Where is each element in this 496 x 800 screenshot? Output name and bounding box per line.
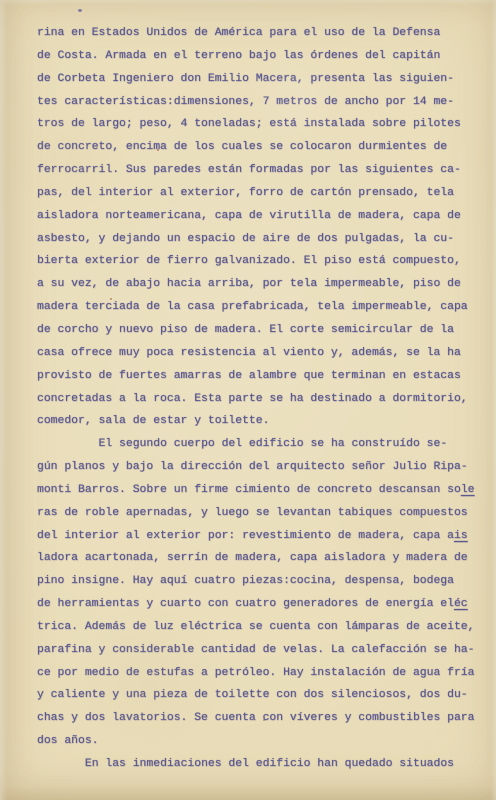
text-line: asbesto, y dejando un espacio de aire de… xyxy=(37,228,482,251)
text-line: de corcho y nuevo piso de madera. El cor… xyxy=(37,319,482,342)
text-line: dos años. xyxy=(37,730,482,753)
hyphenation-underline: éc xyxy=(454,598,468,610)
text-line: tros de largo; peso, 4 toneladas; está i… xyxy=(37,113,482,136)
text-line: En las inmediaciones del edificio han qu… xyxy=(37,753,482,776)
text-line: madera terciada de la casa prefabricada,… xyxy=(37,296,482,319)
photographed-page: rina en Estados Unidos de América para e… xyxy=(0,0,496,800)
text-line: ce por medio de estufas a petróleo. Hay … xyxy=(37,662,482,685)
hyphenation-underline: le xyxy=(461,484,475,496)
text-line: casa ofrece muy poca resistencia al vien… xyxy=(37,342,482,365)
text-line: aisladora norteamericana, capa de viruti… xyxy=(37,205,482,228)
text-line: chas y dos lavatorios. Se cuenta con vív… xyxy=(37,707,482,730)
text-line: trica. Además de luz eléctrica se cuenta… xyxy=(37,616,482,639)
text-line: del interior al exterior por: revestimie… xyxy=(37,525,482,548)
text-line: provisto de fuertes amarras de alambre q… xyxy=(37,365,482,388)
text-line: gún planos y bajo la dirección del arqui… xyxy=(37,456,482,479)
text-line: ras de roble apernadas, y luego se levan… xyxy=(37,502,482,525)
text-line: rina en Estados Unidos de América para e… xyxy=(37,22,482,45)
text-line: pas, del interior al exterior, forro de … xyxy=(37,182,482,205)
hyphenation-underline: is xyxy=(454,530,468,542)
text-line: y caliente y una pieza de toilette con d… xyxy=(37,684,482,707)
text-line: de concreto, encima de los cuales se col… xyxy=(37,136,482,159)
text-line: El segundo cuerpo del edificio se ha con… xyxy=(37,433,482,456)
text-line: de herramientas y cuarto con cuatro gene… xyxy=(37,593,482,616)
ink-speck xyxy=(78,9,82,12)
text-line: parafina y considerable cantidad de vela… xyxy=(37,639,482,662)
text-line: a su vez, de abajo hacia arriba, por tel… xyxy=(37,273,482,296)
text-line: tes características:dimensiones, 7 metro… xyxy=(37,91,482,114)
text-line: concretadas a la roca. Esta parte se ha … xyxy=(37,388,482,411)
typewritten-text-block: rina en Estados Unidos de América para e… xyxy=(37,22,482,776)
text-line: de Costa. Armada en el terreno bajo las … xyxy=(37,45,482,68)
text-line: ladora acartonada, serrín de madera, cap… xyxy=(37,547,482,570)
text-line: bierta exterior de fierro galvanizado. E… xyxy=(37,250,482,273)
text-line: monti Barros. Sobre un firme cimiento de… xyxy=(37,479,482,502)
text-line: ferrocarril. Sus paredes están formadas … xyxy=(37,159,482,182)
text-line: comedor, sala de estar y toilette. xyxy=(37,410,482,433)
text-line: pino insigne. Hay aquí cuatro piezas:coc… xyxy=(37,570,482,593)
text-line: de Corbeta Ingeniero don Emilio Macera, … xyxy=(37,68,482,91)
